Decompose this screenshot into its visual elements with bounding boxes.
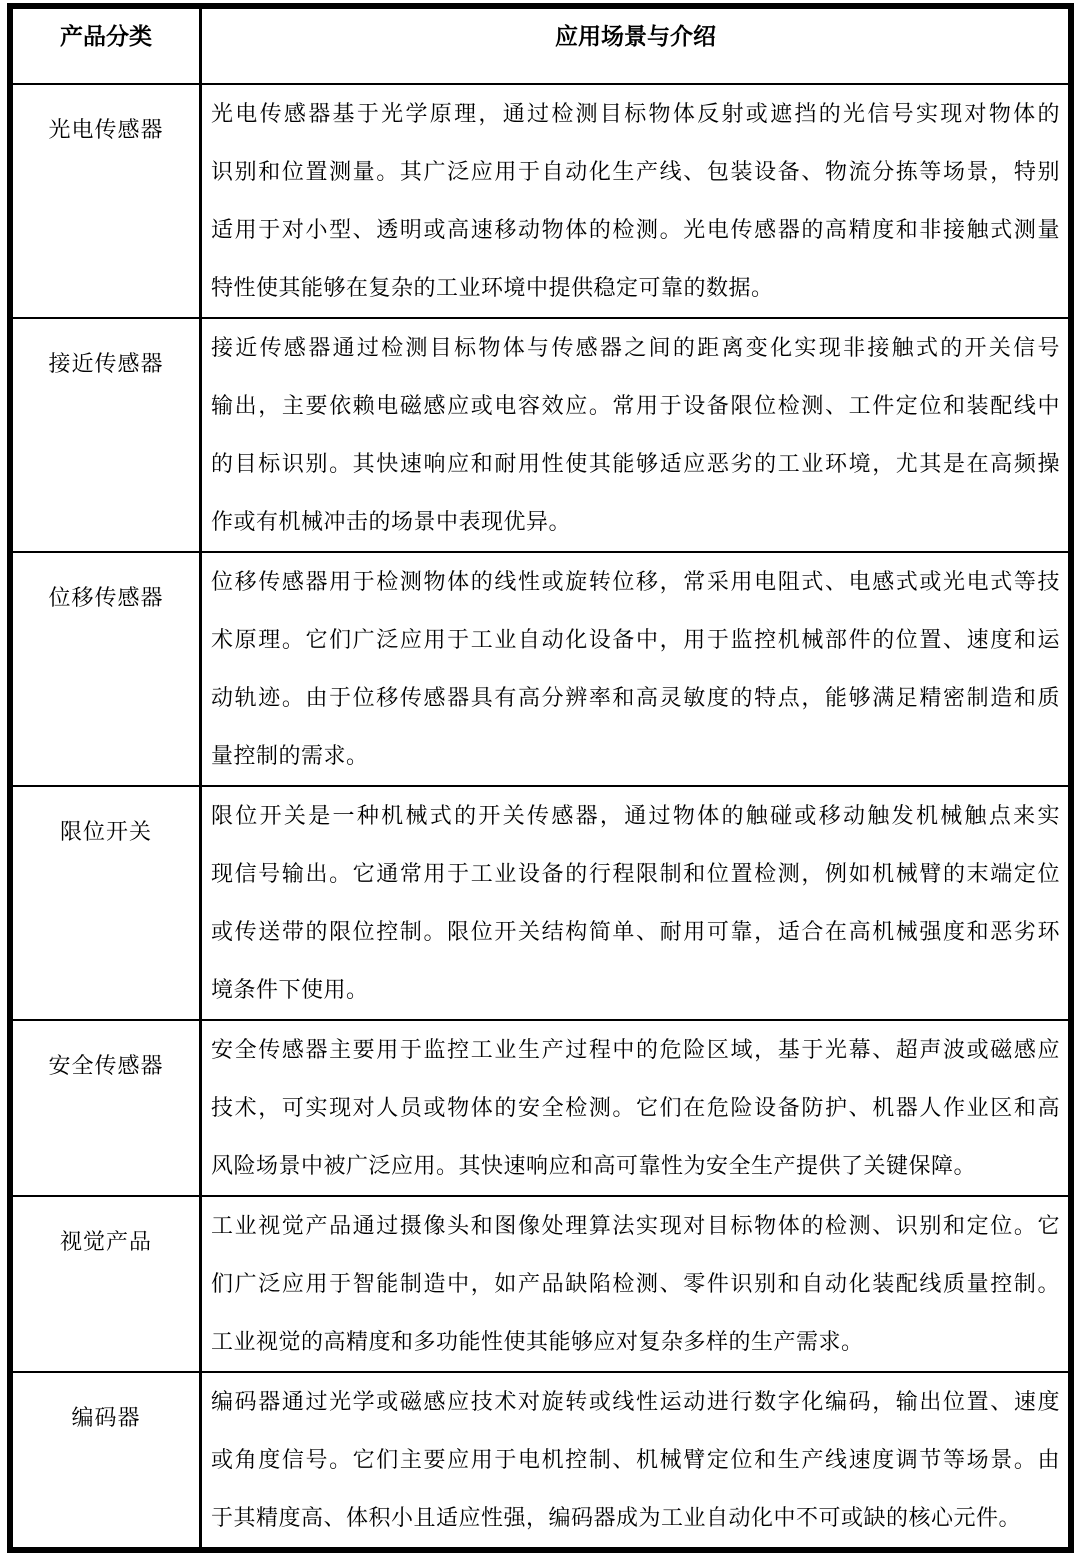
description-text-line: 识别和位置测量。其广泛应用于自动化生产线、包装设备、物流分拣等场景，特别 xyxy=(211,143,1060,201)
description-cell: 编码器通过光学或磁感应技术对旋转或线性运动进行数字化编码，输出位置、速度或角度信… xyxy=(202,1373,1068,1547)
table-row: 编码器编码器通过光学或磁感应技术对旋转或线性运动进行数字化编码，输出位置、速度或… xyxy=(13,1371,1068,1547)
category-cell: 安全传感器 xyxy=(13,1021,202,1195)
description-text-line: 限位开关是一种机械式的开关传感器，通过物体的触碰或移动触发机械触点来实 xyxy=(211,787,1060,845)
table-rows: 光电传感器光电传感器基于光学原理，通过检测目标物体反射或遮挡的光信号实现对物体的… xyxy=(13,83,1068,1547)
category-label: 限位开关 xyxy=(13,787,199,846)
description-text-line: 技术，可实现对人员或物体的安全检测。它们在危险设备防护、机器人作业区和高 xyxy=(211,1079,1060,1137)
product-category-table: 产品分类 应用场景与介绍 光电传感器光电传感器基于光学原理，通过检测目标物体反射… xyxy=(7,3,1074,1553)
description-text-line: 接近传感器通过检测目标物体与传感器之间的距离变化实现非接触式的开关信号 xyxy=(211,319,1060,377)
category-cell: 接近传感器 xyxy=(13,319,202,551)
category-cell: 视觉产品 xyxy=(13,1197,202,1371)
table-row: 光电传感器光电传感器基于光学原理，通过检测目标物体反射或遮挡的光信号实现对物体的… xyxy=(13,83,1068,317)
category-label: 光电传感器 xyxy=(13,85,199,144)
description-text-line: 输出，主要依赖电磁感应或电容效应。常用于设备限位检测、工件定位和装配线中 xyxy=(211,377,1060,435)
category-cell: 光电传感器 xyxy=(13,85,202,317)
description-cell: 工业视觉产品通过摄像头和图像处理算法实现对目标物体的检测、识别和定位。它们广泛应… xyxy=(202,1197,1068,1371)
description-cell: 接近传感器通过检测目标物体与传感器之间的距离变化实现非接触式的开关信号输出，主要… xyxy=(202,319,1068,551)
header-label-product-category: 产品分类 xyxy=(60,24,152,49)
category-label: 视觉产品 xyxy=(13,1197,199,1256)
description-text-line: 适用于对小型、透明或高速移动物体的检测。光电传感器的高精度和非接触式测量 xyxy=(211,201,1060,259)
category-label: 安全传感器 xyxy=(13,1021,199,1080)
description-text-line: 工业视觉产品通过摄像头和图像处理算法实现对目标物体的检测、识别和定位。它 xyxy=(211,1197,1060,1255)
description-text-line: 或传送带的限位控制。限位开关结构简单、耐用可靠，适合在高机械强度和恶劣环 xyxy=(211,903,1060,961)
description-cell: 安全传感器主要用于监控工业生产过程中的危险区域，基于光幕、超声波或磁感应技术，可… xyxy=(202,1021,1068,1195)
header-cell-product-category: 产品分类 xyxy=(13,9,202,83)
description-text-line: 于其精度高、体积小且适应性强，编码器成为工业自动化中不可或缺的核心元件。 xyxy=(211,1489,1060,1547)
description-text-line: 术原理。它们广泛应用于工业自动化设备中，用于监控机械部件的位置、速度和运 xyxy=(211,611,1060,669)
table-row: 视觉产品工业视觉产品通过摄像头和图像处理算法实现对目标物体的检测、识别和定位。它… xyxy=(13,1195,1068,1371)
description-text-line: 光电传感器基于光学原理，通过检测目标物体反射或遮挡的光信号实现对物体的 xyxy=(211,85,1060,143)
description-text-line: 特性使其能够在复杂的工业环境中提供稳定可靠的数据。 xyxy=(211,259,1060,317)
description-text-line: 编码器通过光学或磁感应技术对旋转或线性运动进行数字化编码，输出位置、速度 xyxy=(211,1373,1060,1431)
description-cell: 限位开关是一种机械式的开关传感器，通过物体的触碰或移动触发机械触点来实现信号输出… xyxy=(202,787,1068,1019)
category-cell: 编码器 xyxy=(13,1373,202,1547)
table-row: 限位开关限位开关是一种机械式的开关传感器，通过物体的触碰或移动触发机械触点来实现… xyxy=(13,785,1068,1019)
table-row: 位移传感器位移传感器用于检测物体的线性或旋转位移，常采用电阻式、电感式或光电式等… xyxy=(13,551,1068,785)
description-text-line: 风险场景中被广泛应用。其快速响应和高可靠性为安全生产提供了关键保障。 xyxy=(211,1137,1060,1195)
category-cell: 位移传感器 xyxy=(13,553,202,785)
category-cell: 限位开关 xyxy=(13,787,202,1019)
description-text-line: 工业视觉的高精度和多功能性使其能够应对复杂多样的生产需求。 xyxy=(211,1313,1060,1371)
description-cell: 光电传感器基于光学原理，通过检测目标物体反射或遮挡的光信号实现对物体的识别和位置… xyxy=(202,85,1068,317)
category-label: 编码器 xyxy=(13,1373,199,1432)
description-text-line: 境条件下使用。 xyxy=(211,961,1060,1019)
description-text-line: 动轨迹。由于位移传感器具有高分辨率和高灵敏度的特点，能够满足精密制造和质 xyxy=(211,669,1060,727)
description-cell: 位移传感器用于检测物体的线性或旋转位移，常采用电阻式、电感式或光电式等技术原理。… xyxy=(202,553,1068,785)
header-label-application-intro: 应用场景与介绍 xyxy=(555,24,716,49)
table-row: 安全传感器安全传感器主要用于监控工业生产过程中的危险区域，基于光幕、超声波或磁感… xyxy=(13,1019,1068,1195)
description-text-line: 的目标识别。其快速响应和耐用性使其能够适应恶劣的工业环境，尤其是在高频操 xyxy=(211,435,1060,493)
description-text-line: 作或有机械冲击的场景中表现优异。 xyxy=(211,493,1060,551)
table-row: 接近传感器接近传感器通过检测目标物体与传感器之间的距离变化实现非接触式的开关信号… xyxy=(13,317,1068,551)
description-text-line: 位移传感器用于检测物体的线性或旋转位移，常采用电阻式、电感式或光电式等技 xyxy=(211,553,1060,611)
description-text-line: 安全传感器主要用于监控工业生产过程中的危险区域，基于光幕、超声波或磁感应 xyxy=(211,1021,1060,1079)
description-text-line: 或角度信号。它们主要应用于电机控制、机械臂定位和生产线速度调节等场景。由 xyxy=(211,1431,1060,1489)
description-text-line: 们广泛应用于智能制造中，如产品缺陷检测、零件识别和自动化装配线质量控制。 xyxy=(211,1255,1060,1313)
description-text-line: 量控制的需求。 xyxy=(211,727,1060,785)
category-label: 接近传感器 xyxy=(13,319,199,378)
description-text-line: 现信号输出。它通常用于工业设备的行程限制和位置检测，例如机械臂的末端定位 xyxy=(211,845,1060,903)
category-label: 位移传感器 xyxy=(13,553,199,612)
header-cell-application-intro: 应用场景与介绍 xyxy=(202,9,1068,83)
table-header-row: 产品分类 应用场景与介绍 xyxy=(13,9,1068,83)
